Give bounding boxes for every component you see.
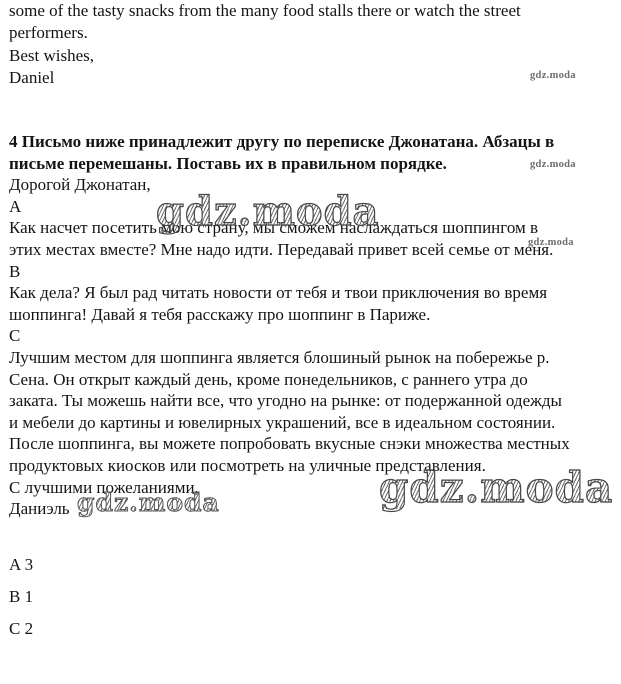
watermark-gdz-moda-small: gdz.moda: [528, 238, 574, 249]
english-letter: some of the tasty snacks from the many f…: [9, 0, 521, 90]
watermark-gdz-moda-large: gdz.moda: [156, 192, 379, 232]
paragraph-label-c: C: [9, 325, 570, 347]
paragraph-c-line: После шоппинга, вы можете попробовать вк…: [9, 433, 570, 455]
answer-a: A 3: [9, 555, 33, 575]
paragraph-c-line: и мебели до картины и ювелирных украшени…: [9, 412, 570, 434]
task-heading-line: 4 Письмо ниже принадлежит другу по переп…: [9, 131, 570, 153]
watermark-gdz-moda-large: gdz.moda: [379, 467, 613, 509]
paragraph-c-line: заката. Ты можешь найти все, что угодно …: [9, 390, 570, 412]
watermark-gdz-moda-small: gdz.moda: [530, 71, 576, 82]
paragraph-c-line: Сена. Он открыт каждый день, кроме понед…: [9, 369, 570, 391]
task-heading-line: письме перемешаны. Поставь их в правильн…: [9, 153, 570, 175]
english-letter-line: some of the tasty snacks from the many f…: [9, 0, 521, 22]
english-letter-signature: Daniel: [9, 67, 521, 89]
watermark-gdz-moda-small: gdz.moda: [530, 160, 576, 171]
english-letter-closing: Best wishes,: [9, 45, 521, 67]
answer-c: C 2: [9, 619, 33, 639]
paragraph-c-line: Лучшим местом для шоппинга является блош…: [9, 347, 570, 369]
paragraph-b-line: шоппинга! Давай я тебя расскажу про шопп…: [9, 304, 570, 326]
document-page: some of the tasty snacks from the many f…: [0, 0, 621, 684]
paragraph-label-b: B: [9, 261, 570, 283]
watermark-gdz-moda-medium: gdz.moda: [77, 490, 220, 515]
answer-b: B 1: [9, 587, 33, 607]
paragraph-a-line: этих местах вместе? Мне надо идти. Перед…: [9, 239, 570, 261]
english-letter-line: performers.: [9, 22, 521, 44]
paragraph-b-line: Как дела? Я был рад читать новости от те…: [9, 282, 570, 304]
